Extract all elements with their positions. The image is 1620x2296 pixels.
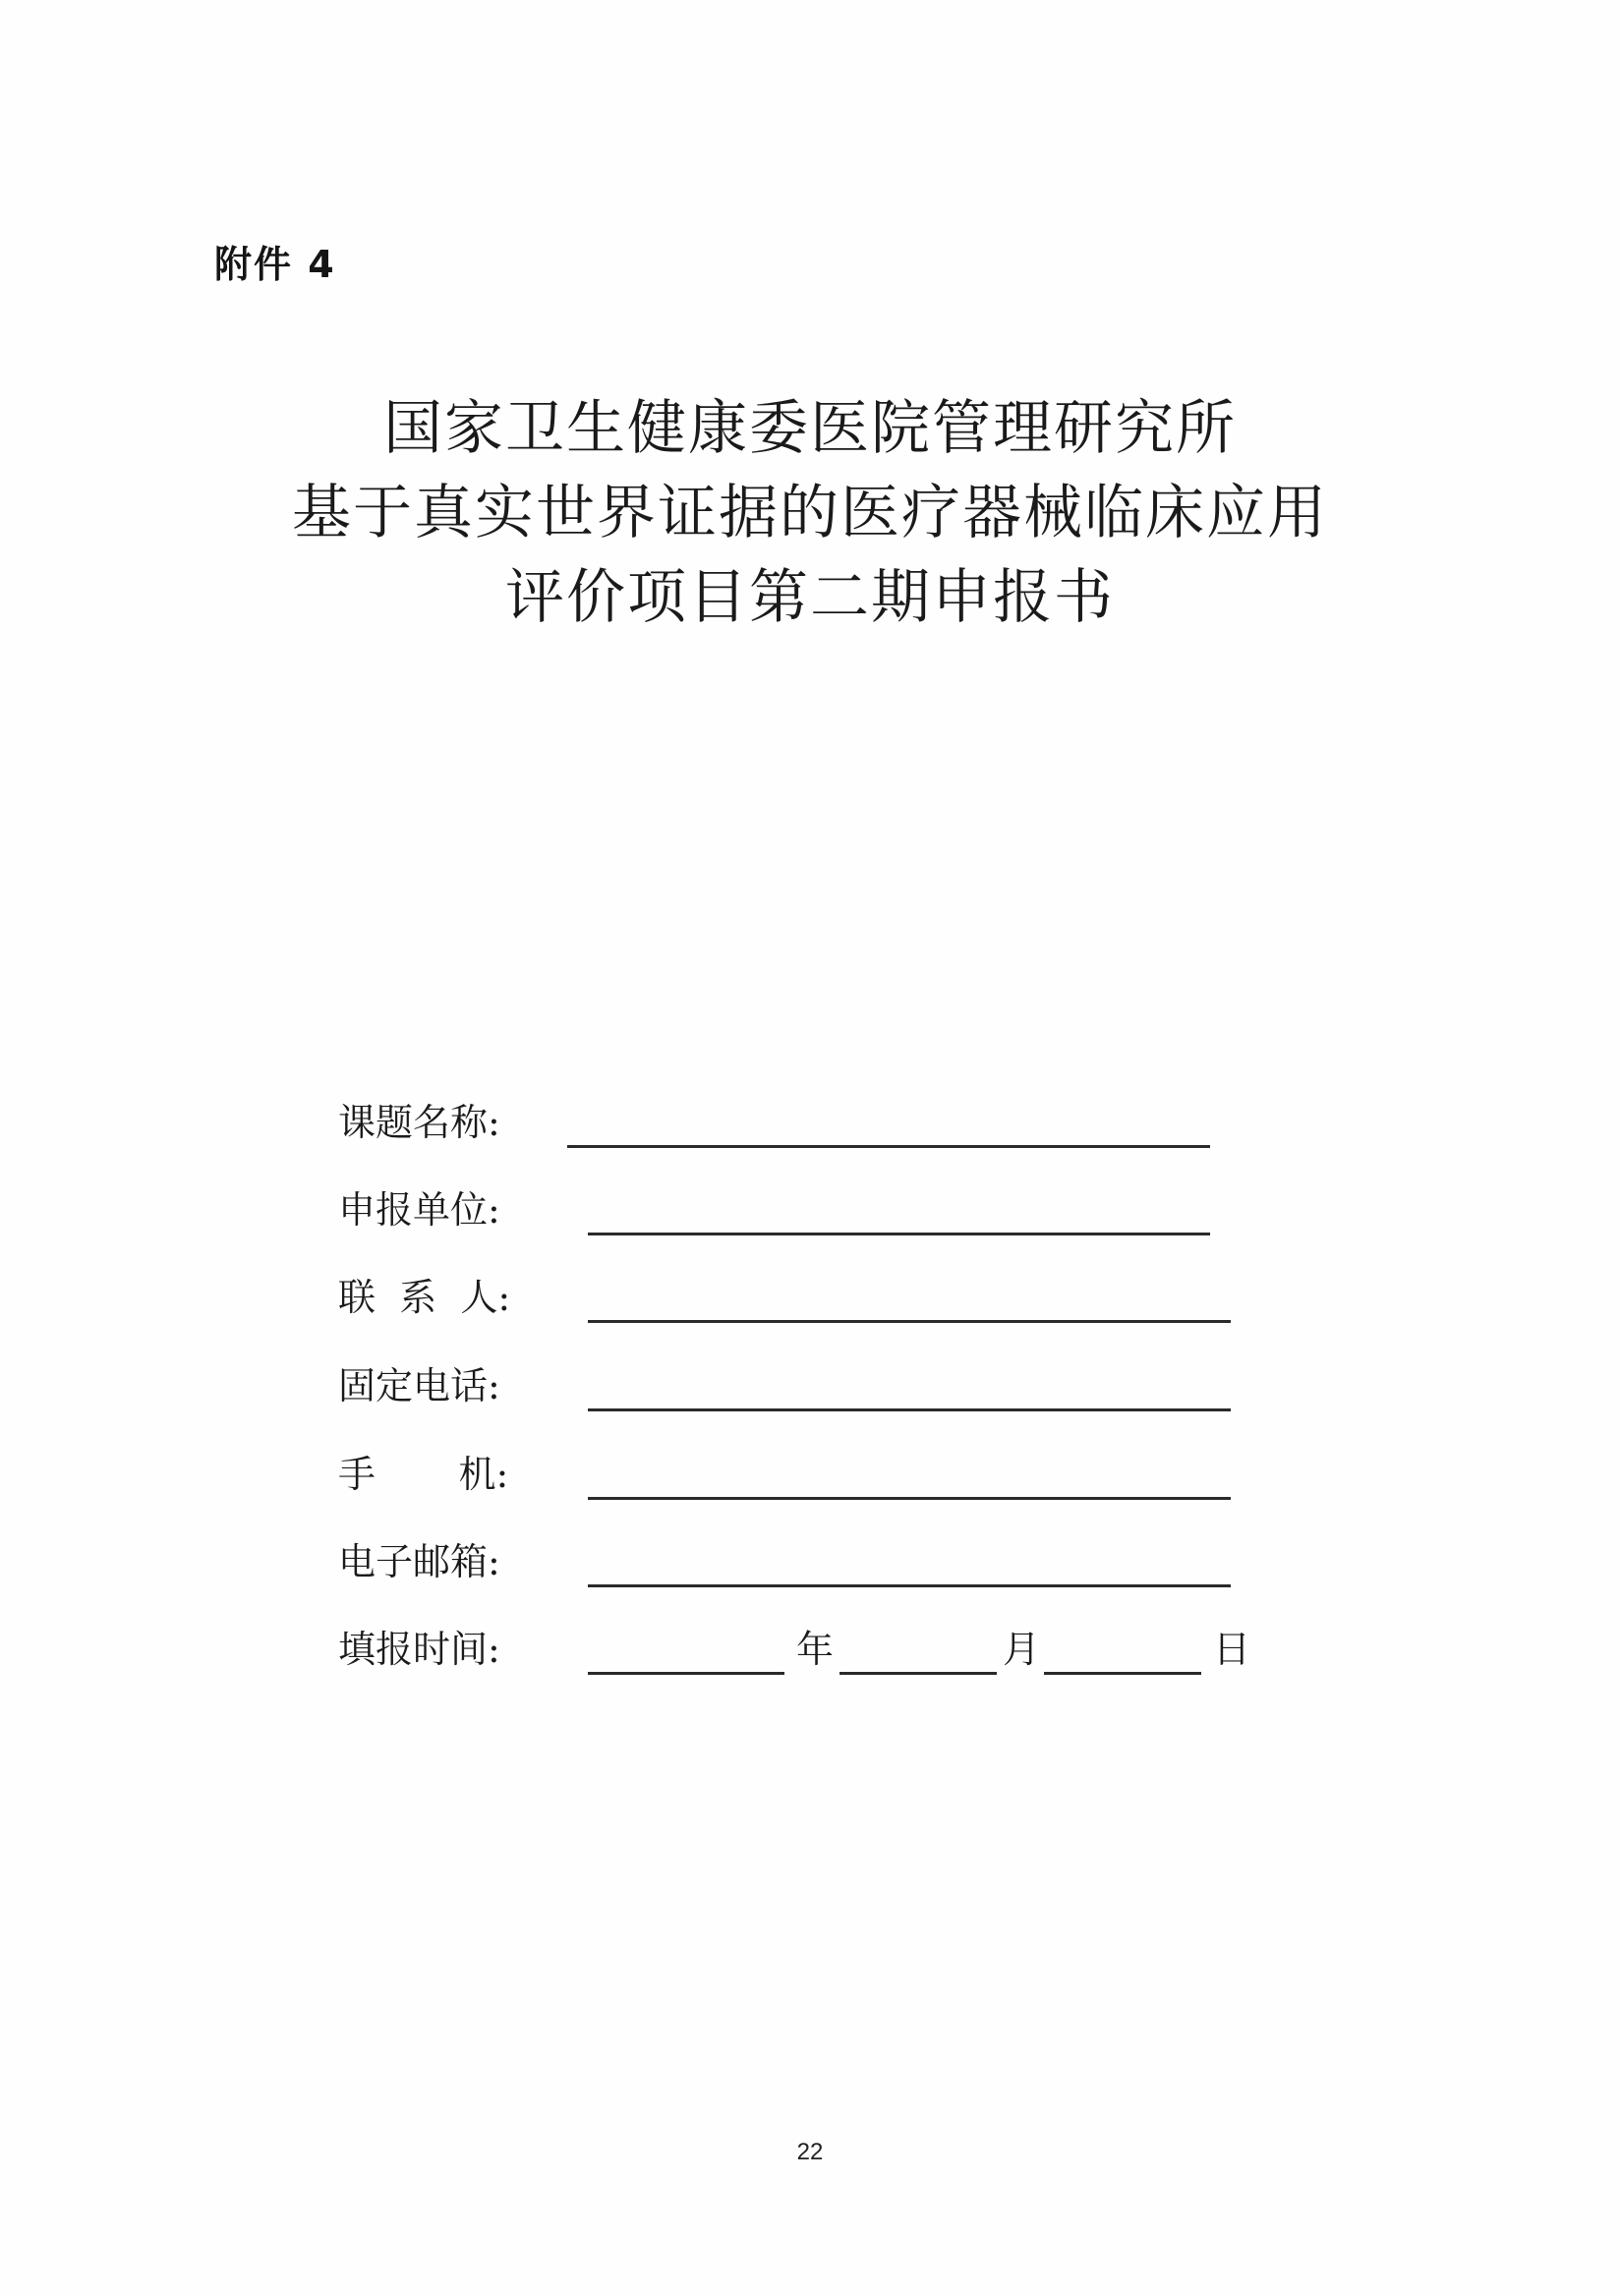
form-row-contact-person: 联 系 人: bbox=[338, 1266, 1321, 1325]
title-line-2: 基于真实世界证据的医疗器械临床应用 bbox=[0, 471, 1620, 555]
day-field[interactable] bbox=[1044, 1672, 1201, 1675]
document-title: 国家卫生健康委医院管理研究所 基于真实世界证据的医疗器械临床应用 评价项目第二期… bbox=[0, 386, 1620, 640]
project-name-field[interactable] bbox=[567, 1145, 1210, 1148]
title-line-3: 评价项目第二期申报书 bbox=[0, 555, 1620, 640]
form-row-mobile: 手 机: bbox=[338, 1443, 1321, 1502]
email-label: 电子邮箱: bbox=[338, 1540, 535, 1583]
email-field[interactable] bbox=[588, 1584, 1231, 1587]
month-unit: 月 bbox=[1003, 1628, 1040, 1671]
page-number: 22 bbox=[0, 2139, 1620, 2166]
fill-date-label: 填报时间: bbox=[338, 1628, 535, 1671]
form-row-project-name: 课题名称: bbox=[338, 1091, 1321, 1150]
year-field[interactable] bbox=[588, 1672, 784, 1675]
landline-label: 固定电话: bbox=[338, 1364, 535, 1407]
applicant-unit-label: 申报单位: bbox=[338, 1188, 535, 1232]
form-row-applicant-unit: 申报单位: bbox=[338, 1178, 1321, 1237]
form-row-landline: 固定电话: bbox=[338, 1354, 1321, 1413]
contact-person-field[interactable] bbox=[588, 1320, 1231, 1323]
year-unit: 年 bbox=[796, 1628, 834, 1671]
month-field[interactable] bbox=[839, 1672, 997, 1675]
landline-field[interactable] bbox=[588, 1408, 1231, 1411]
form-row-email: 电子邮箱: bbox=[338, 1530, 1321, 1589]
form-row-fill-date: 填报时间: 年 月 日 bbox=[338, 1618, 1321, 1677]
mobile-label: 手 机: bbox=[338, 1453, 535, 1496]
mobile-field[interactable] bbox=[588, 1497, 1231, 1500]
project-name-label: 课题名称: bbox=[338, 1101, 535, 1144]
day-unit: 日 bbox=[1213, 1628, 1250, 1671]
document-page: 附件 4 国家卫生健康委医院管理研究所 基于真实世界证据的医疗器械临床应用 评价… bbox=[0, 0, 1620, 2296]
contact-person-label: 联 系 人: bbox=[338, 1276, 535, 1319]
attachment-label: 附件 4 bbox=[214, 234, 336, 288]
title-line-1: 国家卫生健康委医院管理研究所 bbox=[0, 386, 1620, 471]
applicant-unit-field[interactable] bbox=[588, 1233, 1210, 1235]
